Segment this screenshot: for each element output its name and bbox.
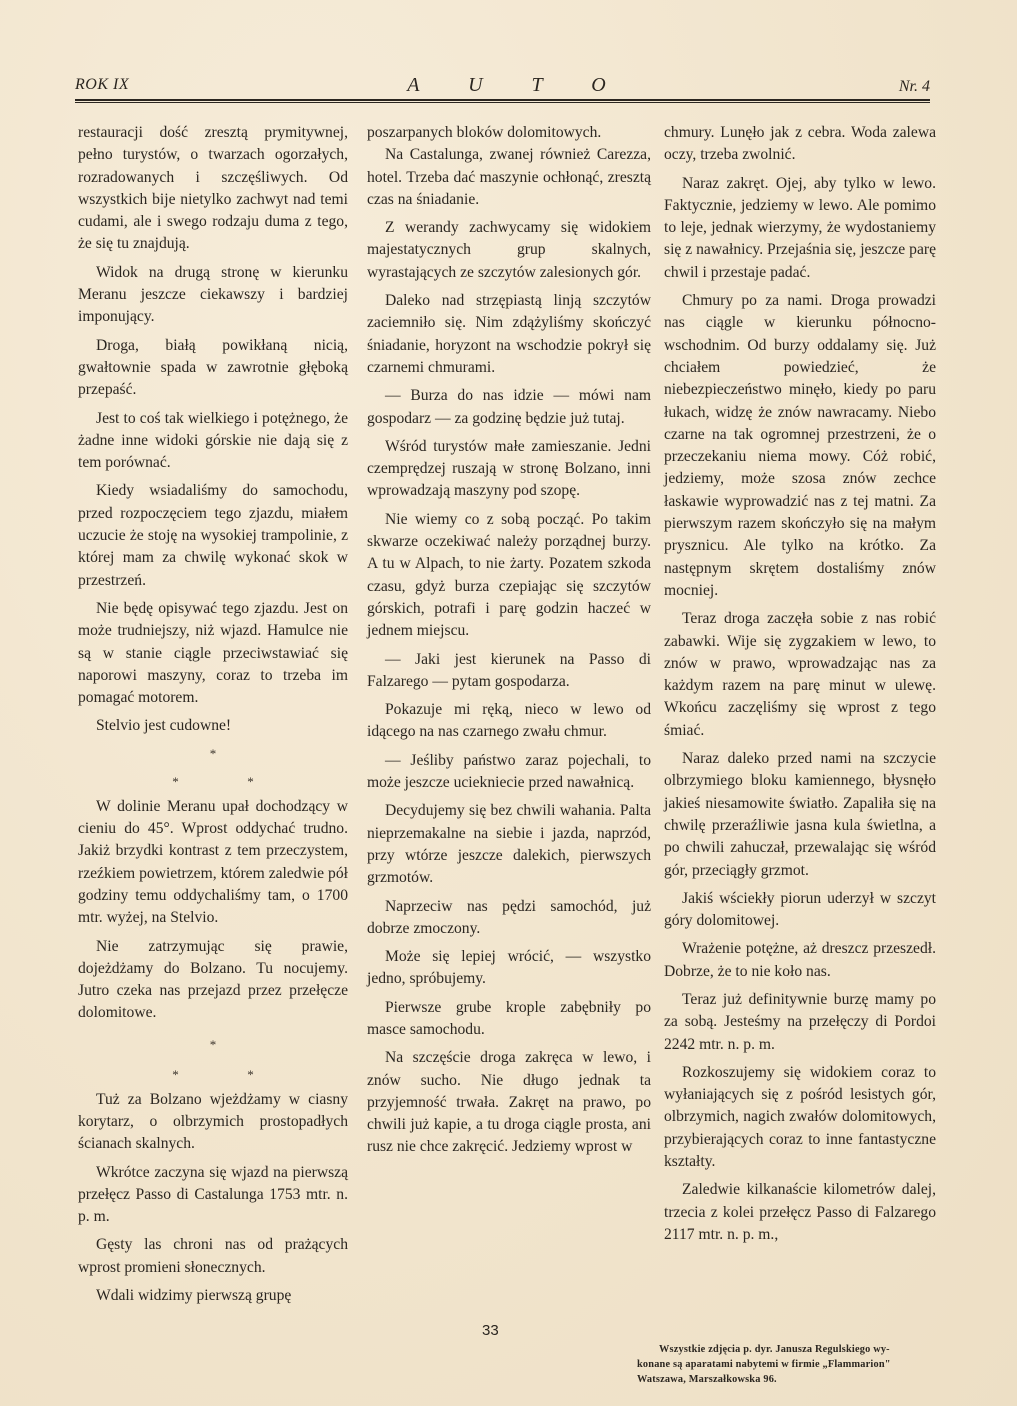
text-column-3: chmury. Lunęło jak z cebra. Woda zalewa … — [664, 122, 936, 1252]
issue-number: Nr. 4 — [899, 78, 930, 96]
magazine-title: A U T O — [75, 74, 930, 97]
paragraph: W dolinie Meranu upał dochodzący w cieni… — [78, 796, 348, 930]
paragraph: — Jaki jest kierunek na Passo di Falzare… — [367, 649, 651, 694]
running-header: ROK IX A U T O Nr. 4 — [75, 72, 930, 102]
paragraph: Nie będę opisywać tego zjazdu. Jest on m… — [78, 598, 348, 709]
paragraph: Daleko nad strzępiastą linją szczytów za… — [367, 290, 651, 379]
paragraph: Rozkoszujemy się widokiem coraz to wyłan… — [664, 1062, 936, 1173]
paragraph: Nie zatrzymując się prawie, dojeżdżamy d… — [78, 936, 348, 1025]
paragraph: Naprzeciw nas pędzi samochód, już dobrze… — [367, 896, 651, 941]
paragraph: Wrażenie potężne, aż dreszcz przeszedł. … — [664, 938, 936, 983]
paragraph: Tuż za Bolzano wjeżdżamy w ciasny koryta… — [78, 1089, 348, 1156]
paragraph: Z werandy zachwycamy się widokiem majest… — [367, 217, 651, 284]
paragraph: Chmury po za nami. Droga prowadzi nas ci… — [664, 290, 936, 602]
paragraph: — Burza do nas idzie — mówi nam gospodar… — [367, 385, 651, 430]
paragraph: Może się lepiej wrócić, — wszystko jedno… — [367, 946, 651, 991]
paragraph: — Jeśliby państwo zaraz pojechali, to mo… — [367, 750, 651, 795]
paragraph: Decydujemy się bez chwili wahania. Palta… — [367, 800, 651, 889]
header-double-rule — [75, 99, 930, 103]
paragraph: Pierwsze grube krople zabębniły po masce… — [367, 997, 651, 1042]
paragraph: Stelvio jest cudowne! — [78, 715, 348, 737]
paragraph: Kiedy wsiadaliśmy do samochodu, przed ro… — [78, 480, 348, 591]
page-number: 33 — [482, 1322, 499, 1339]
footnote-line: Watszawa, Marszałkowska 96. — [637, 1372, 937, 1387]
paragraph: Pokazuje mi ręką, nieco w lewo od idąceg… — [367, 699, 651, 744]
asterisk-icon: * — [247, 1065, 254, 1085]
footnote-line: konane są aparatami nabytemi w firmie „F… — [637, 1357, 937, 1372]
paragraph: Jakiś wściekły piorun uderzył w szczyt g… — [664, 888, 936, 933]
paragraph: Droga, białą powikłaną nicią, gwałtownie… — [78, 335, 348, 402]
paragraph: Wśród turystów małe zamieszanie. Jedni c… — [367, 436, 651, 503]
paragraph: Jest to coś tak wielkiego i potężnego, ż… — [78, 408, 348, 475]
paragraph: Teraz już definitywnie burzę mamy po za … — [664, 989, 936, 1056]
asterisk-icon: * — [172, 772, 179, 792]
paragraph: Teraz droga zaczęła sobie z nas robić za… — [664, 608, 936, 742]
paragraph: Zaledwie kilkanaście kilometrów dalej, t… — [664, 1179, 936, 1246]
paragraph: Wdali widzimy pierwszą grupę — [78, 1285, 348, 1307]
text-column-2: poszarpanych bloków dolomitowych. Na Cas… — [367, 122, 651, 1165]
text-column-1: restauracji dość zresztą prymitywnej, pe… — [78, 122, 348, 1313]
paragraph: Na szczęście droga zakręca w lewo, i znó… — [367, 1047, 651, 1158]
paragraph: Gęsty las chroni nas od prażących wprost… — [78, 1234, 348, 1279]
asterisk-icon: * — [247, 772, 254, 792]
asterisk-icon: * — [78, 744, 348, 764]
asterisk-icon: * — [78, 1035, 348, 1055]
paragraph: Wkrótce zaczyna się wjazd na pierwszą pr… — [78, 1162, 348, 1229]
photo-credit-footnote: Wszystkie zdjęcia p. dyr. Janusza Reguls… — [637, 1342, 937, 1387]
section-separator: * * * — [78, 744, 348, 792]
section-separator: * * * — [78, 1035, 348, 1085]
footnote-line: Wszystkie zdjęcia p. dyr. Janusza Reguls… — [637, 1342, 937, 1357]
paragraph: Widok na drugą stronę w kierunku Meranu … — [78, 262, 348, 329]
paragraph: Naraz daleko przed nami na szczycie olbr… — [664, 748, 936, 882]
paragraph: Naraz zakręt. Ojej, aby tylko w lewo. Fa… — [664, 173, 936, 284]
asterisk-icon: * — [172, 1065, 179, 1085]
paragraph: chmury. Lunęło jak z cebra. Woda zalewa … — [664, 122, 936, 167]
paragraph: restauracji dość zresztą prymitywnej, pe… — [78, 122, 348, 256]
paragraph: Na Castalunga, zwanej również Carezza, h… — [367, 144, 651, 211]
paragraph: Nie wiemy co z sobą począć. Po takim skw… — [367, 509, 651, 643]
paragraph: poszarpanych bloków dolomitowych. — [367, 122, 651, 144]
